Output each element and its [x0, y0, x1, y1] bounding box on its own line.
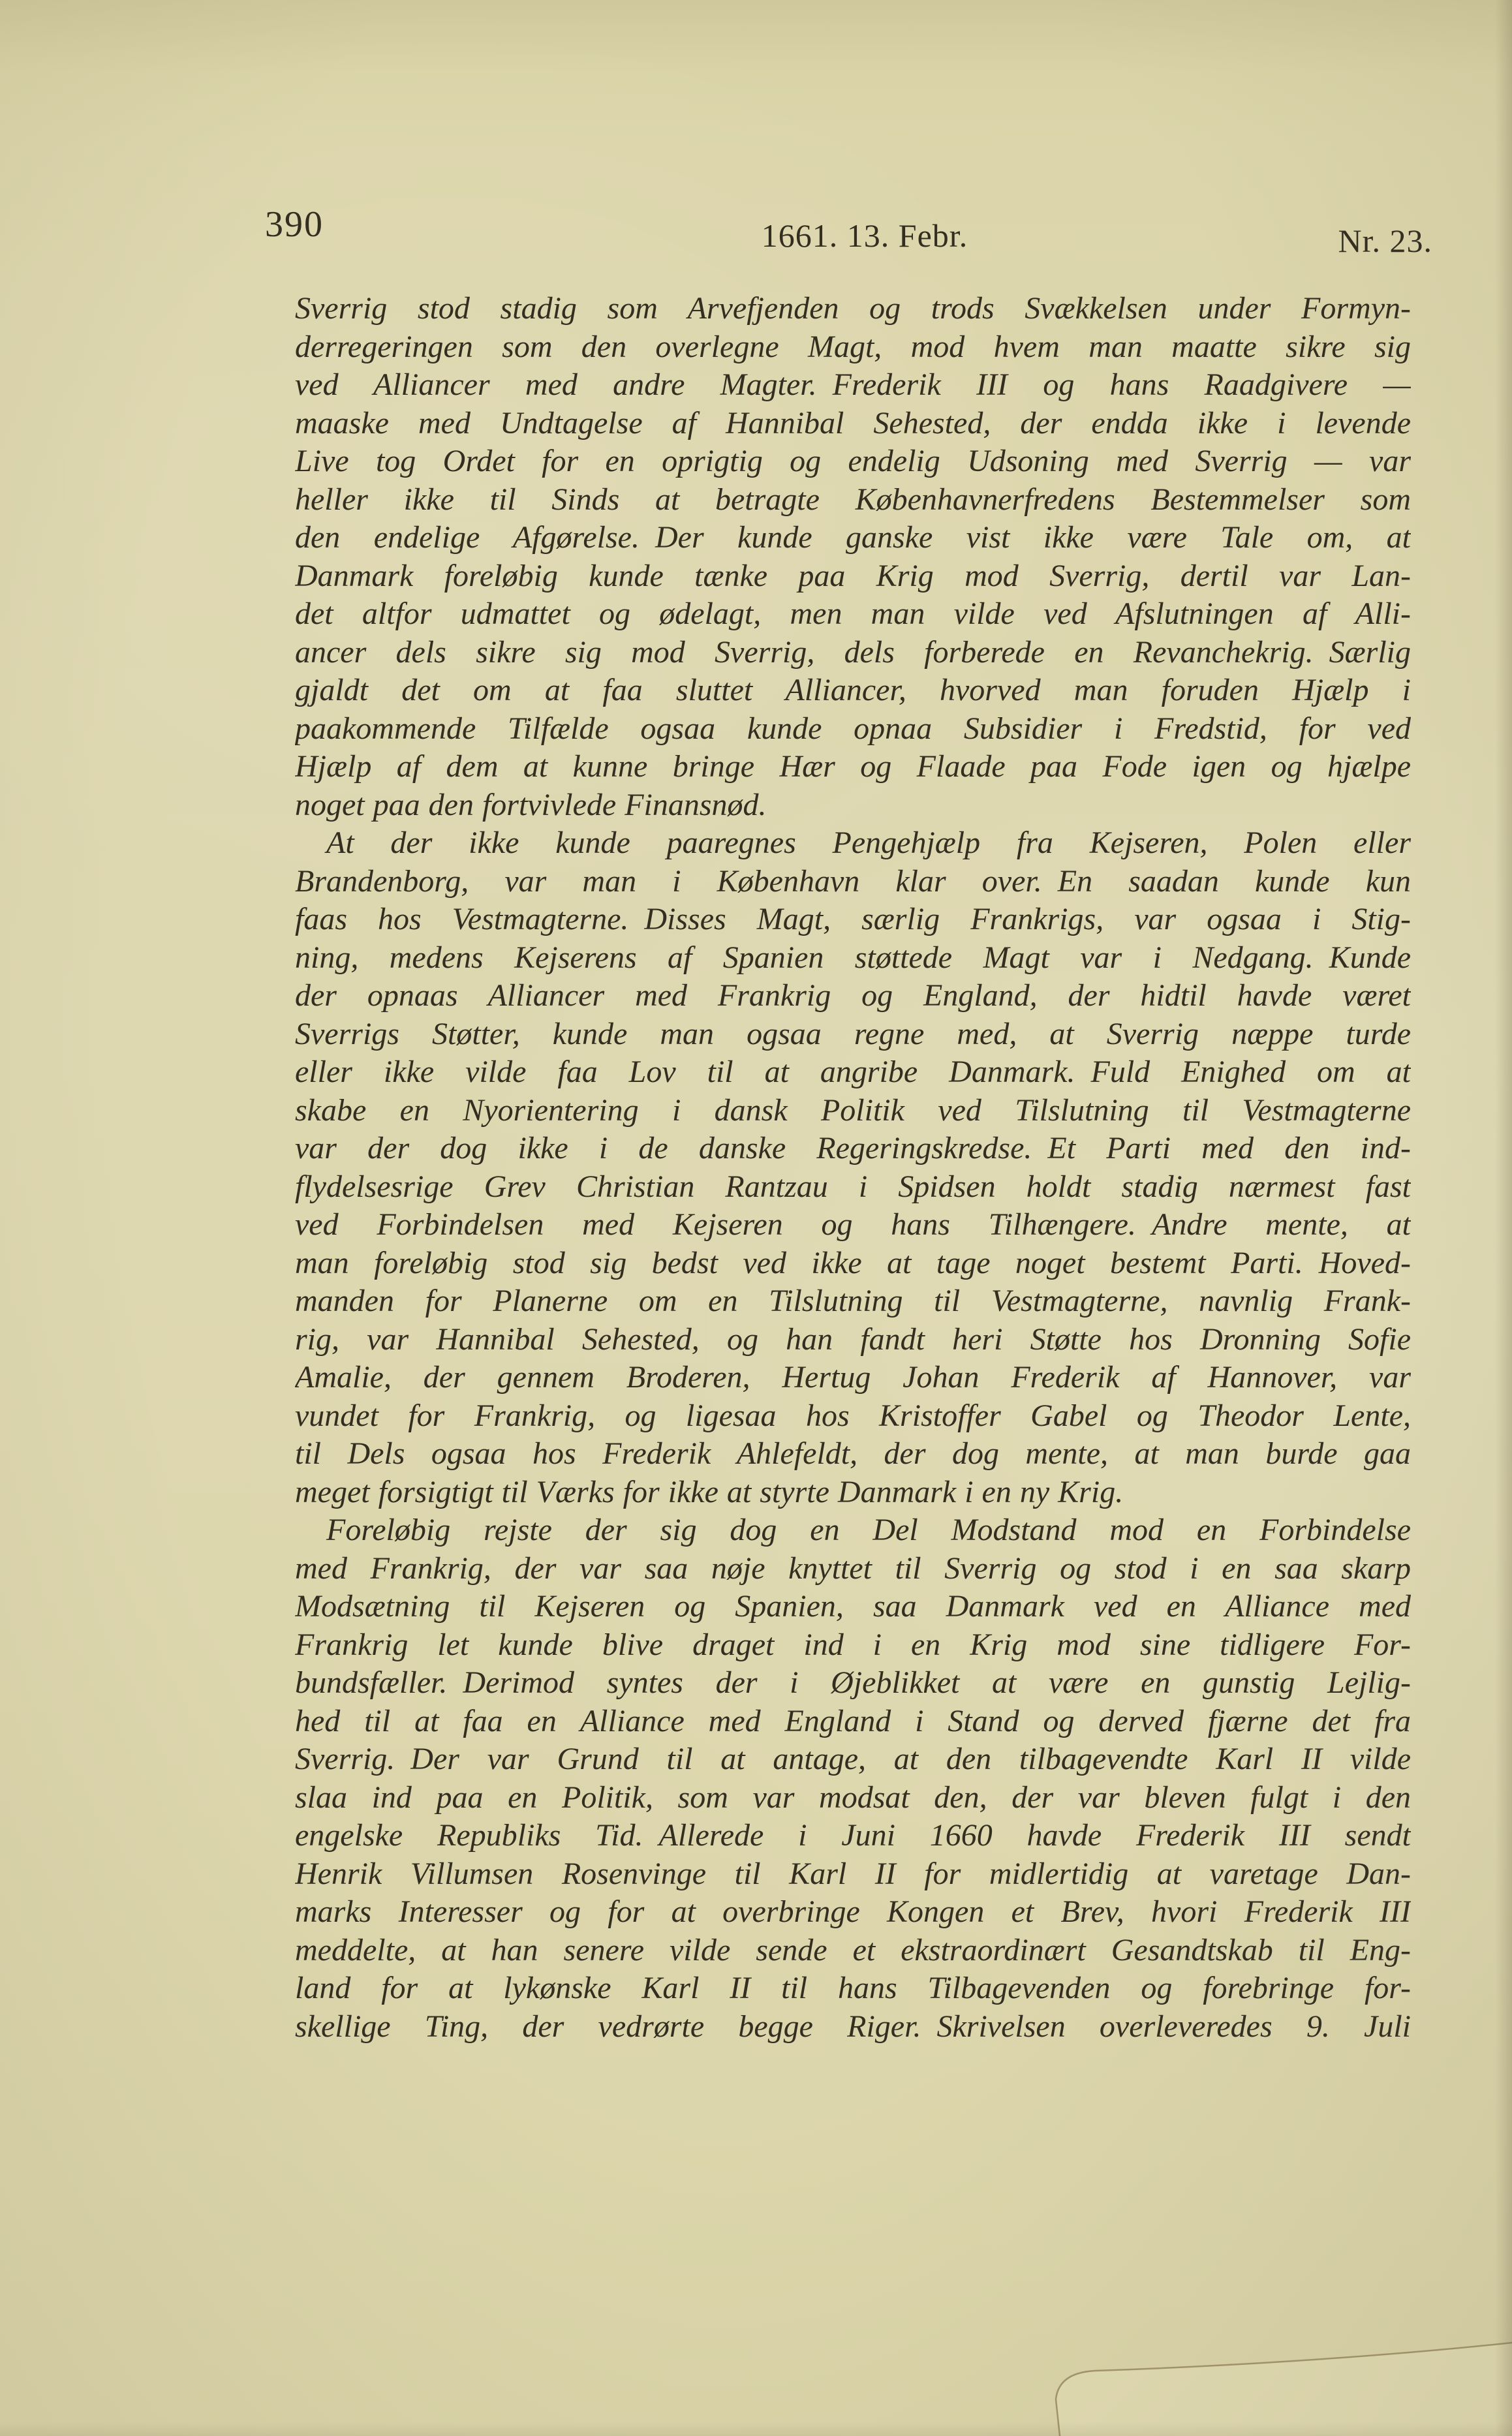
text-line: meget forsigtigt til Værks for ikke at s…	[295, 1473, 1411, 1512]
page-curl	[1018, 2313, 1512, 2436]
text-line: manden for Planerne om en Tilslutning ti…	[295, 1282, 1411, 1321]
text-block: Sverrig stod stadig som Arvefjenden og t…	[295, 290, 1411, 2046]
running-header-number: Nr. 23.	[1338, 222, 1433, 260]
text-line: Amalie, der gennem Broderen, Hertug Joha…	[295, 1359, 1411, 1397]
text-line: engelske Republiks Tid. Allerede i Juni …	[295, 1817, 1411, 1855]
text-line: meddelte, at han senere vilde sende et e…	[295, 1932, 1411, 1970]
text-line: det altfor udmattet og ødelagt, men man …	[295, 595, 1411, 634]
text-line: der opnaas Alliancer med Frankrig og Eng…	[295, 977, 1411, 1015]
text-line: ning, medens Kejserens af Spanien støtte…	[295, 939, 1411, 978]
book-page-scan: 390 1661. 13. Febr. Nr. 23. Sverrig stod…	[0, 0, 1512, 2436]
text-line: var der dog ikke i de danske Regeringskr…	[295, 1130, 1411, 1168]
text-line: marks Interesser og for at overbringe Ko…	[295, 1893, 1411, 1932]
text-line: Sverrig. Der var Grund til at antage, at…	[295, 1740, 1411, 1779]
text-line: ved Forbindelsen med Kejseren og hans Ti…	[295, 1206, 1411, 1244]
text-line: Henrik Villumsen Rosenvinge til Karl II …	[295, 1855, 1411, 1894]
text-line: Frankrig let kunde blive draget ind i en…	[295, 1626, 1411, 1665]
text-line: flydelsesrige Grev Christian Rantzau i S…	[295, 1168, 1411, 1207]
running-header-date: 1661. 13. Febr.	[734, 217, 995, 254]
text-line: vundet for Frankrig, og ligesaa hos Kris…	[295, 1397, 1411, 1436]
text-line: Brandenborg, var man i København klar ov…	[295, 863, 1411, 901]
text-line: Live tog Ordet for en oprigtig og endeli…	[295, 442, 1411, 481]
text-line: Sverrigs Støtter, kunde man ogsaa regne …	[295, 1015, 1411, 1054]
text-line: At der ikke kunde paaregnes Pengehjælp f…	[295, 824, 1411, 863]
text-line: Foreløbig rejste der sig dog en Del Mods…	[295, 1511, 1411, 1550]
text-line: man foreløbig stod sig bedst ved ikke at…	[295, 1244, 1411, 1283]
page-number: 390	[265, 204, 324, 245]
text-line: land for at lykønske Karl II til hans Ti…	[295, 1969, 1411, 2008]
text-line: Hjælp af dem at kunne bringe Hær og Flaa…	[295, 748, 1411, 786]
text-line: maaske med Undtagelse af Hannibal Sehest…	[295, 405, 1411, 443]
bottom-edge-shadow	[0, 2422, 1512, 2436]
text-line: gjaldt det om at faa sluttet Alliancer, …	[295, 671, 1411, 710]
text-line: den endelige Afgørelse. Der kunde ganske…	[295, 519, 1411, 557]
text-line: derregeringen som den overlegne Magt, mo…	[295, 328, 1411, 367]
text-line: noget paa den fortvivlede Finansnød.	[295, 786, 1411, 825]
text-line: eller ikke vilde faa Lov til at angribe …	[295, 1053, 1411, 1092]
text-line: ancer dels sikre sig mod Sverrig, dels f…	[295, 634, 1411, 672]
text-line: med Frankrig, der var saa nøje knyttet t…	[295, 1550, 1411, 1588]
text-line: heller ikke til Sinds at betragte Københ…	[295, 481, 1411, 519]
text-line: Modsætning til Kejseren og Spanien, saa …	[295, 1588, 1411, 1626]
text-line: ved Alliancer med andre Magter. Frederik…	[295, 366, 1411, 405]
text-line: rig, var Hannibal Sehested, og han fandt…	[295, 1321, 1411, 1359]
text-line: bundsfæller. Derimod syntes der i Øjebli…	[295, 1664, 1411, 1703]
text-line: slaa ind paa en Politik, som var modsat …	[295, 1779, 1411, 1817]
text-line: faas hos Vestmagterne. Disses Magt, særl…	[295, 901, 1411, 939]
text-line: skellige Ting, der vedrørte begge Riger.…	[295, 2008, 1411, 2046]
right-edge-shadow	[1495, 0, 1512, 2436]
text-line: Danmark foreløbig kunde tænke paa Krig m…	[295, 557, 1411, 596]
text-line: til Dels ogsaa hos Frederik Ahlefeldt, d…	[295, 1435, 1411, 1473]
text-line: Sverrig stod stadig som Arvefjenden og t…	[295, 290, 1411, 328]
text-line: paakommende Tilfælde ogsaa kunde opnaa S…	[295, 710, 1411, 748]
text-line: skabe en Nyorientering i dansk Politik v…	[295, 1092, 1411, 1130]
text-line: hed til at faa en Alliance med England i…	[295, 1703, 1411, 1741]
